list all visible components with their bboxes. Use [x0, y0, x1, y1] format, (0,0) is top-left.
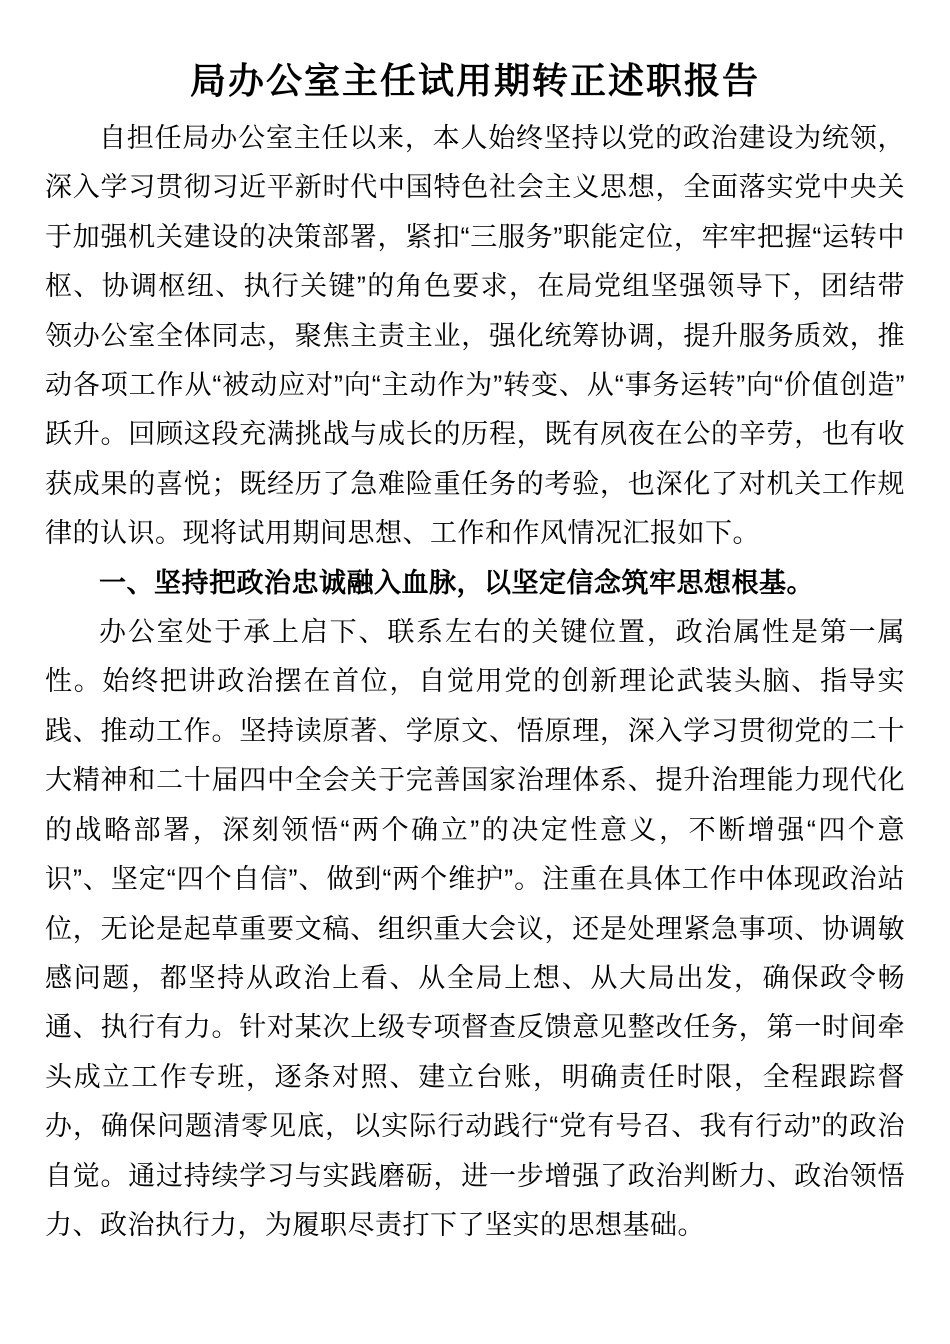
document-title: 局办公室主任试用期转正述职报告 [45, 56, 905, 106]
paragraph-intro: 自担任局办公室主任以来，本人始终坚持以党的政治建设为统领，深入学习贯彻习近平新时… [45, 114, 905, 559]
paragraph-section-1: 办公室处于承上启下、联系左右的关键位置，政治属性是第一属性。始终把讲政治摆在首位… [45, 608, 905, 1250]
document-page: 局办公室主任试用期转正述职报告 自担任局办公室主任以来，本人始终坚持以党的政治建… [0, 0, 950, 1344]
section-heading-1: 一、坚持把政治忠诚融入血脉，以坚定信念筑牢思想根基。 [45, 559, 905, 608]
